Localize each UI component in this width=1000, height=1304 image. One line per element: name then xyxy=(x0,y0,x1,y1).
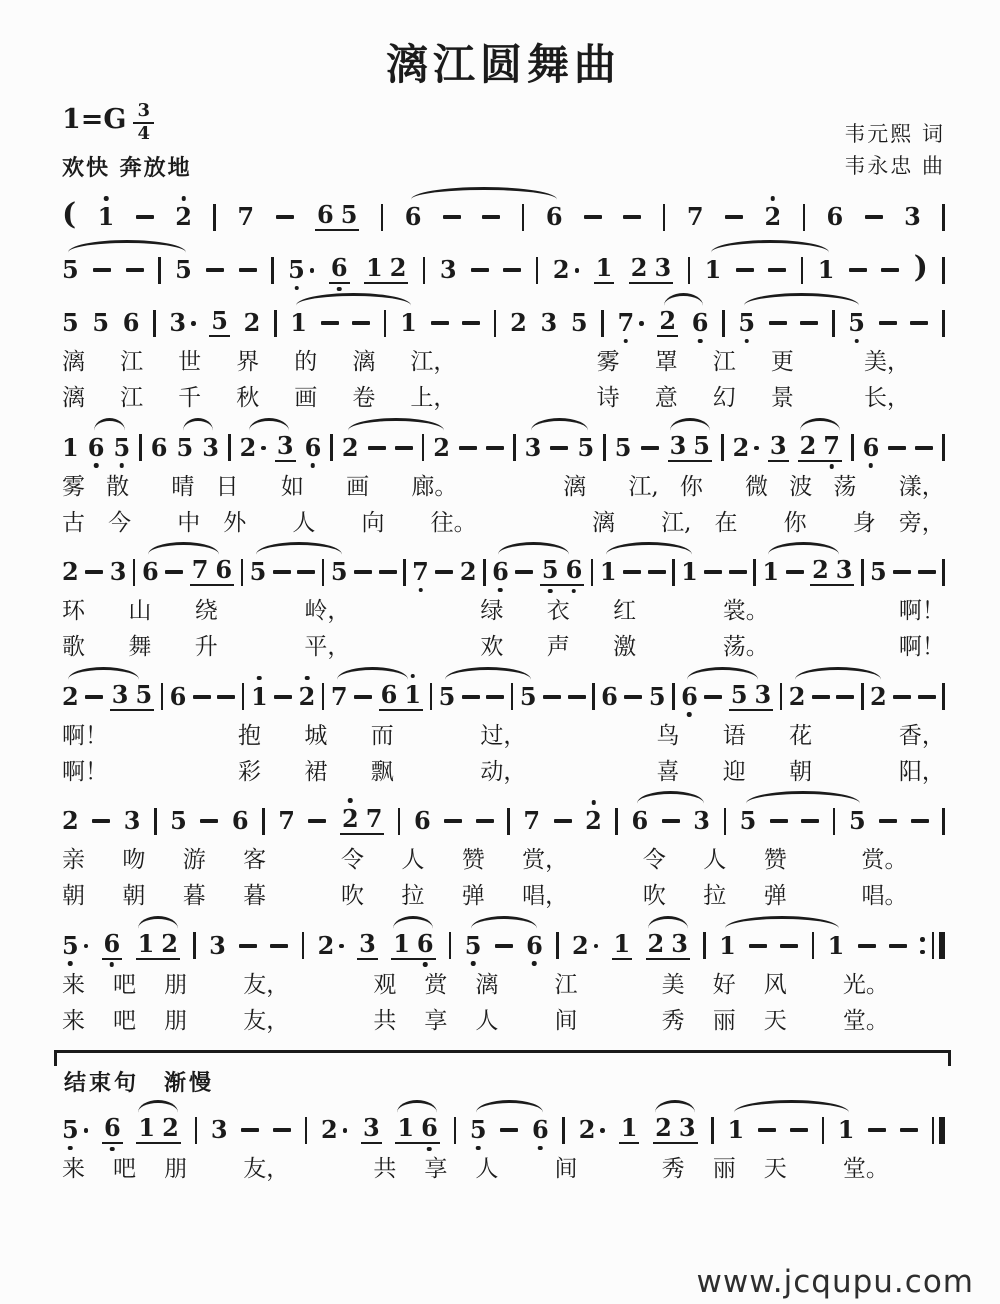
note: 7 xyxy=(617,311,643,335)
barline xyxy=(556,932,559,959)
note: 3 xyxy=(202,436,219,460)
repeat-dot xyxy=(920,937,925,942)
repeat-end-barline xyxy=(920,932,945,959)
lyric-syllable: 风 xyxy=(764,971,787,1000)
lyric-syllable: 美 xyxy=(662,971,685,1000)
barline xyxy=(213,204,216,231)
note-digit: 2 xyxy=(812,558,829,582)
note: 2 xyxy=(579,1118,605,1142)
slur-arc xyxy=(256,542,342,557)
note: 5 xyxy=(62,1118,88,1142)
note-group: 6 xyxy=(329,256,350,284)
dash-note xyxy=(486,446,504,450)
slur-arc xyxy=(734,1100,849,1115)
note: 6 xyxy=(492,560,509,584)
note-digit: 7 xyxy=(237,205,254,229)
lyric-syllable: 天 xyxy=(764,1007,787,1036)
barline xyxy=(536,257,539,284)
note-digit: 2 xyxy=(342,807,359,831)
barline xyxy=(322,683,325,710)
dash-note xyxy=(801,819,819,823)
note-digit: 2 xyxy=(240,436,257,460)
note-group: 76 xyxy=(190,558,234,586)
note-digit: 5 xyxy=(577,436,594,460)
barline xyxy=(942,434,945,461)
note-digit: 5 xyxy=(177,436,194,460)
barline xyxy=(161,683,164,710)
note: 6 xyxy=(546,205,563,229)
note-group: 3 xyxy=(361,1116,382,1144)
note-digit: 1 xyxy=(600,560,617,584)
music-system: 235612761556565322啊！抱城而过，鸟语花香，啊！彩裙飘动，喜迎朝… xyxy=(62,679,945,787)
note: 2 xyxy=(733,436,759,460)
note: 5 xyxy=(520,685,537,709)
barline xyxy=(822,1117,825,1144)
note: 2 xyxy=(812,558,829,582)
octave-dot-above xyxy=(348,798,353,803)
lyric-syllable: 画 xyxy=(294,384,317,413)
note-digit: 1 xyxy=(681,560,698,584)
lyric-syllable: 漓 xyxy=(563,473,586,502)
slur-arc xyxy=(664,293,703,308)
note: 5 xyxy=(649,685,666,709)
note-digit: 3 xyxy=(110,560,127,584)
barline xyxy=(228,434,231,461)
dash-note xyxy=(273,570,291,574)
barline xyxy=(672,683,675,710)
octave-dot-below xyxy=(698,339,703,344)
note-group: 12 xyxy=(136,1116,180,1144)
note-digit: 1 xyxy=(393,932,410,956)
note-digit: 6 xyxy=(827,205,844,229)
dash-note xyxy=(471,268,489,272)
octave-dot-below xyxy=(120,463,125,468)
barline xyxy=(494,310,497,337)
note-digit: 5 xyxy=(211,309,228,333)
note: 5 xyxy=(250,560,267,584)
note-group: 35 xyxy=(110,683,154,711)
lyric-syllable: 游 xyxy=(183,846,206,875)
note-group: 65 xyxy=(315,203,359,231)
note-digit: 2 xyxy=(460,560,477,584)
note: 6 xyxy=(88,436,105,460)
dash-note xyxy=(503,268,521,272)
note: 1 xyxy=(600,560,617,584)
note: 6 xyxy=(681,685,698,709)
barline xyxy=(780,683,783,710)
note: 2 xyxy=(321,1118,347,1142)
note-group: 3 xyxy=(275,434,296,462)
note: 2 xyxy=(764,205,781,229)
lyric-syllable: 暮 xyxy=(183,882,206,911)
barline xyxy=(483,559,486,586)
slur-arc xyxy=(94,418,125,433)
dash-note xyxy=(354,695,372,699)
lyric-syllable: 抱 xyxy=(238,722,261,751)
dash-note xyxy=(444,819,462,823)
note: 2 xyxy=(342,436,359,460)
barline xyxy=(812,932,815,959)
sheet-music-page: 漓江圆舞曲 1=G 3 4 欢快 奔放地 韦元熙 词 韦永忠 曲 (127656… xyxy=(0,0,1000,1304)
lyric-syllable: 江, xyxy=(628,473,658,502)
dash-note xyxy=(918,570,936,574)
lyric-syllable: 人 xyxy=(475,1007,498,1036)
dash-note xyxy=(584,215,602,219)
note-digit: 5 xyxy=(62,311,79,335)
note: 1 xyxy=(393,932,410,956)
note: 1 xyxy=(366,256,383,280)
note: 2 xyxy=(240,436,266,460)
note-group: 16 xyxy=(395,1116,439,1144)
barline xyxy=(154,808,157,835)
note-digit: 6 xyxy=(215,558,232,582)
lyric-syllable: 中 xyxy=(177,509,200,538)
lyric-syllable: 荡 xyxy=(833,473,856,502)
note-digit: 2 xyxy=(579,1118,596,1142)
dash-note xyxy=(274,695,292,699)
note-digit: 6 xyxy=(405,205,422,229)
note-digit: 5 xyxy=(870,560,887,584)
note-digit: 6 xyxy=(566,558,583,582)
note-digit: 5 xyxy=(331,560,348,584)
slur-arc xyxy=(411,187,557,202)
note: 3 xyxy=(359,932,376,956)
octave-dot-below xyxy=(94,463,99,468)
note-digit: 7 xyxy=(523,809,540,833)
octave-dot-below xyxy=(110,1147,115,1152)
augmentation-dot xyxy=(575,268,580,273)
note: 5 xyxy=(439,685,456,709)
note: 7 xyxy=(412,560,429,584)
augmentation-dot xyxy=(754,446,759,451)
octave-dot-above xyxy=(181,196,186,201)
note-digit: 6 xyxy=(601,685,618,709)
note-digit: 3 xyxy=(277,434,294,458)
note-digit: 1 xyxy=(838,1118,855,1142)
tempo-marking: 欢快 奔放地 xyxy=(62,151,192,182)
note-digit: 6 xyxy=(863,436,880,460)
dash-note xyxy=(769,321,787,325)
lyric-syllable: 来 xyxy=(62,971,85,1000)
octave-dot-above xyxy=(104,196,109,201)
credits-block: 韦元熙 词 韦永忠 曲 xyxy=(844,119,945,182)
lyric-syllable: 喜 xyxy=(656,758,679,787)
note-group: 2 xyxy=(657,309,678,337)
slur-arc xyxy=(687,667,758,682)
music-system: 56123231656212311来吧朋友，观赏漓江美好风光。来吧朋友，共享人间… xyxy=(62,928,945,1036)
lyric-syllable: 声 xyxy=(547,633,570,662)
note-digit: 6 xyxy=(492,560,509,584)
barline xyxy=(942,808,945,835)
key-time-signature: 1=G 3 4 xyxy=(62,98,192,141)
slur-arc xyxy=(800,418,840,433)
lyric-syllable: 赏 xyxy=(424,971,447,1000)
note-digit: 3 xyxy=(679,1116,696,1140)
octave-dot-above xyxy=(771,196,776,201)
dash-note xyxy=(881,268,899,272)
dash-note xyxy=(217,695,235,699)
dash-note xyxy=(273,1128,291,1132)
lyric-syllable: 朝 xyxy=(789,758,812,787)
lyric-syllable: 来 xyxy=(62,1155,85,1184)
note: 3 xyxy=(110,560,127,584)
note-digit: 3 xyxy=(202,436,219,460)
note: 6 xyxy=(142,560,159,584)
lyric-syllable: 好 xyxy=(713,971,736,1000)
note-digit: 5 xyxy=(520,685,537,709)
lyric-syllable: 迎 xyxy=(723,758,746,787)
augmentation-dot xyxy=(339,944,344,949)
dash-note xyxy=(500,1128,518,1132)
note: 5 xyxy=(135,683,152,707)
note: 2 xyxy=(655,1116,672,1140)
note-digit: 6 xyxy=(526,934,543,958)
lyric-syllable: 间 xyxy=(555,1155,578,1184)
note-group: 12 xyxy=(136,932,180,960)
barline xyxy=(942,559,945,586)
note: 3 xyxy=(541,311,558,335)
note: 2 xyxy=(62,685,79,709)
dash-note xyxy=(889,944,907,948)
dash-note xyxy=(297,570,315,574)
note-digit: 1 xyxy=(138,1116,155,1140)
lyric-syllable: 罩 xyxy=(655,348,678,377)
note: 3 xyxy=(211,1118,228,1142)
note-group: 56 xyxy=(540,558,584,586)
note-digit: 5 xyxy=(92,311,109,335)
note-group: 1 xyxy=(594,256,615,284)
octave-dot-below xyxy=(110,962,115,967)
barline xyxy=(381,204,384,231)
note-digit: 1 xyxy=(762,560,779,584)
dash-note xyxy=(888,446,906,450)
note-digit: 2 xyxy=(390,256,407,280)
note-digit: 2 xyxy=(553,258,570,282)
note: 6 xyxy=(381,683,398,707)
dash-note xyxy=(623,570,641,574)
note-group: 1 xyxy=(619,1116,640,1144)
barline xyxy=(801,257,804,284)
time-signature: 3 4 xyxy=(133,101,154,144)
note-digit: 7 xyxy=(687,205,704,229)
music-system: 结束句 渐慢56123231656212311来吧朋友，共享人间秀丽天堂。 xyxy=(62,1050,945,1184)
lyric-syllable: 环 xyxy=(62,597,85,626)
note-digit: 2 xyxy=(162,1116,179,1140)
dash-note xyxy=(758,1128,776,1132)
note-digit: 1 xyxy=(614,932,631,956)
augmentation-dot xyxy=(343,1128,348,1133)
note-digit: 7 xyxy=(823,434,840,458)
dash-note xyxy=(543,695,561,699)
lyric-syllable: 漓 xyxy=(62,348,85,377)
lyric-syllable: 旁， xyxy=(899,509,945,538)
note: 6 xyxy=(104,932,121,956)
lyrics-line: 漓江千秋画卷上，诗意幻景长， xyxy=(62,384,945,413)
song-title: 漓江圆舞曲 xyxy=(62,32,945,92)
lyric-syllable: 画 xyxy=(346,473,369,502)
barline xyxy=(422,434,425,461)
note-group: 23 xyxy=(653,1116,697,1144)
note-group: 23 xyxy=(646,932,690,960)
lyric-syllable: 衣 xyxy=(547,597,570,626)
note: 6 xyxy=(232,809,249,833)
slur-arc xyxy=(138,916,178,931)
note: 5 xyxy=(62,258,79,282)
dash-note xyxy=(893,695,911,699)
lyric-syllable: 赞 xyxy=(764,846,787,875)
note: 1 xyxy=(138,932,155,956)
key-signature: 1=G xyxy=(62,104,126,135)
barline xyxy=(302,932,305,959)
lyric-syllable: 而 xyxy=(371,722,394,751)
note-digit: 2 xyxy=(321,1118,338,1142)
octave-dot-above xyxy=(591,800,596,805)
lyric-syllable: 漓 xyxy=(475,971,498,1000)
note: 6 xyxy=(526,934,543,958)
dash-note xyxy=(85,695,103,699)
lyric-syllable: 秋 xyxy=(236,384,259,413)
lyric-syllable: 江， xyxy=(410,348,456,377)
note: 6 xyxy=(631,809,648,833)
note-group: 6 xyxy=(102,1116,123,1144)
note-digit: 6 xyxy=(546,205,563,229)
note: 5 xyxy=(92,311,109,335)
note: 3 xyxy=(755,683,772,707)
octave-dot-below xyxy=(829,464,834,469)
dash-note xyxy=(868,1128,886,1132)
dash-note xyxy=(495,944,513,948)
lyric-syllable: 鸟 xyxy=(656,722,679,751)
note: 7 xyxy=(331,685,348,709)
note-digit: 5 xyxy=(649,685,666,709)
note-digit: 3 xyxy=(124,809,141,833)
lyric-syllable: 激 xyxy=(613,633,636,662)
lyric-syllable: 散 xyxy=(106,473,129,502)
note: 7 xyxy=(278,809,295,833)
time-signature-denominator: 4 xyxy=(137,124,150,144)
note: 3 xyxy=(836,558,853,582)
note: 6 xyxy=(317,203,334,227)
notes-row: 56123231656212311 xyxy=(62,1112,945,1148)
lyric-syllable: 光。 xyxy=(843,971,889,1000)
lyric-syllable: 山 xyxy=(128,597,151,626)
lyric-syllable: 动， xyxy=(480,758,526,787)
ending-label: 结束句 渐慢 xyxy=(64,1066,945,1097)
note: 1 xyxy=(400,311,417,335)
note-digit: 6 xyxy=(151,436,168,460)
note-digit: 2 xyxy=(870,685,887,709)
dash-note xyxy=(85,570,103,574)
dash-note xyxy=(704,695,722,699)
octave-dot-below xyxy=(532,961,537,966)
note-digit: 2 xyxy=(572,934,589,958)
barline xyxy=(271,257,274,284)
lyric-syllable: 日 xyxy=(216,473,239,502)
note: 2 xyxy=(318,934,344,958)
dash-note xyxy=(812,695,830,699)
lyric-syllable: 诗 xyxy=(597,384,620,413)
note-digit: 6 xyxy=(305,436,322,460)
barline xyxy=(139,434,142,461)
dash-note xyxy=(200,819,218,823)
lyric-syllable: 朝 xyxy=(62,882,85,911)
note: 2 xyxy=(572,934,598,958)
slur-arc xyxy=(138,1100,178,1115)
lyric-syllable: 秀 xyxy=(662,1155,685,1184)
note-group: 16 xyxy=(391,932,435,960)
barline xyxy=(942,310,945,337)
octave-dot-below xyxy=(337,287,342,292)
thin-barline xyxy=(932,932,935,959)
note-group: 27 xyxy=(340,807,384,835)
time-signature-numerator: 3 xyxy=(133,101,154,124)
note: 1 xyxy=(818,258,835,282)
note: 5 xyxy=(341,203,358,227)
slur-arc xyxy=(476,1100,543,1115)
note-digit: 5 xyxy=(135,683,152,707)
note-digit: 3 xyxy=(525,436,542,460)
music-system: 5563521123572655漓江世界的漓江，雾罩江更美，漓江千秋画卷上，诗意… xyxy=(62,305,945,413)
dash-note xyxy=(241,1128,259,1132)
dash-note xyxy=(736,268,754,272)
note-digit: 2 xyxy=(342,436,359,460)
lyric-syllable: 微 xyxy=(745,473,768,502)
lyric-syllable: 在 xyxy=(714,509,737,538)
note: 1 xyxy=(397,1116,414,1140)
note: 6 xyxy=(151,436,168,460)
dash-note xyxy=(729,570,747,574)
note: 6 xyxy=(863,436,880,460)
note-digit: 6 xyxy=(681,685,698,709)
note-digit: 6 xyxy=(142,560,159,584)
dash-note xyxy=(136,215,154,219)
music-system: (12765667263 xyxy=(62,199,945,235)
dash-note xyxy=(486,695,504,699)
barline xyxy=(193,932,196,959)
note-digit: 1 xyxy=(366,256,383,280)
note: 7 xyxy=(823,434,840,458)
barline xyxy=(721,434,724,461)
note-digit: 1 xyxy=(400,311,417,335)
note-digit: 5 xyxy=(615,436,632,460)
note: 5 xyxy=(542,558,559,582)
note: 5 xyxy=(848,311,865,335)
note: 5 xyxy=(114,436,131,460)
lyric-syllable: 阳， xyxy=(899,758,945,787)
slur-arc xyxy=(249,418,289,433)
note-digit: 3 xyxy=(836,558,853,582)
note-digit: 1 xyxy=(818,258,835,282)
note: 6 xyxy=(827,205,844,229)
lyric-syllable: 舞 xyxy=(128,633,151,662)
note-group: 3 xyxy=(768,434,789,462)
lyric-syllable: 吧 xyxy=(113,1007,136,1036)
lyric-syllable: 人 xyxy=(401,846,424,875)
barline xyxy=(722,310,725,337)
note: 5 xyxy=(577,436,594,460)
lyric-syllable: 吻 xyxy=(122,846,145,875)
note: 6 xyxy=(170,685,187,709)
dash-note xyxy=(395,446,413,450)
dash-note xyxy=(239,944,257,948)
slur-arc xyxy=(183,418,213,433)
barline xyxy=(423,257,426,284)
barline xyxy=(262,808,265,835)
lyric-syllable: 唱， xyxy=(522,882,568,911)
notes-row: 56123231656212311 xyxy=(62,928,945,964)
lyric-syllable: 共 xyxy=(373,1007,396,1036)
octave-dot-above xyxy=(410,674,415,679)
